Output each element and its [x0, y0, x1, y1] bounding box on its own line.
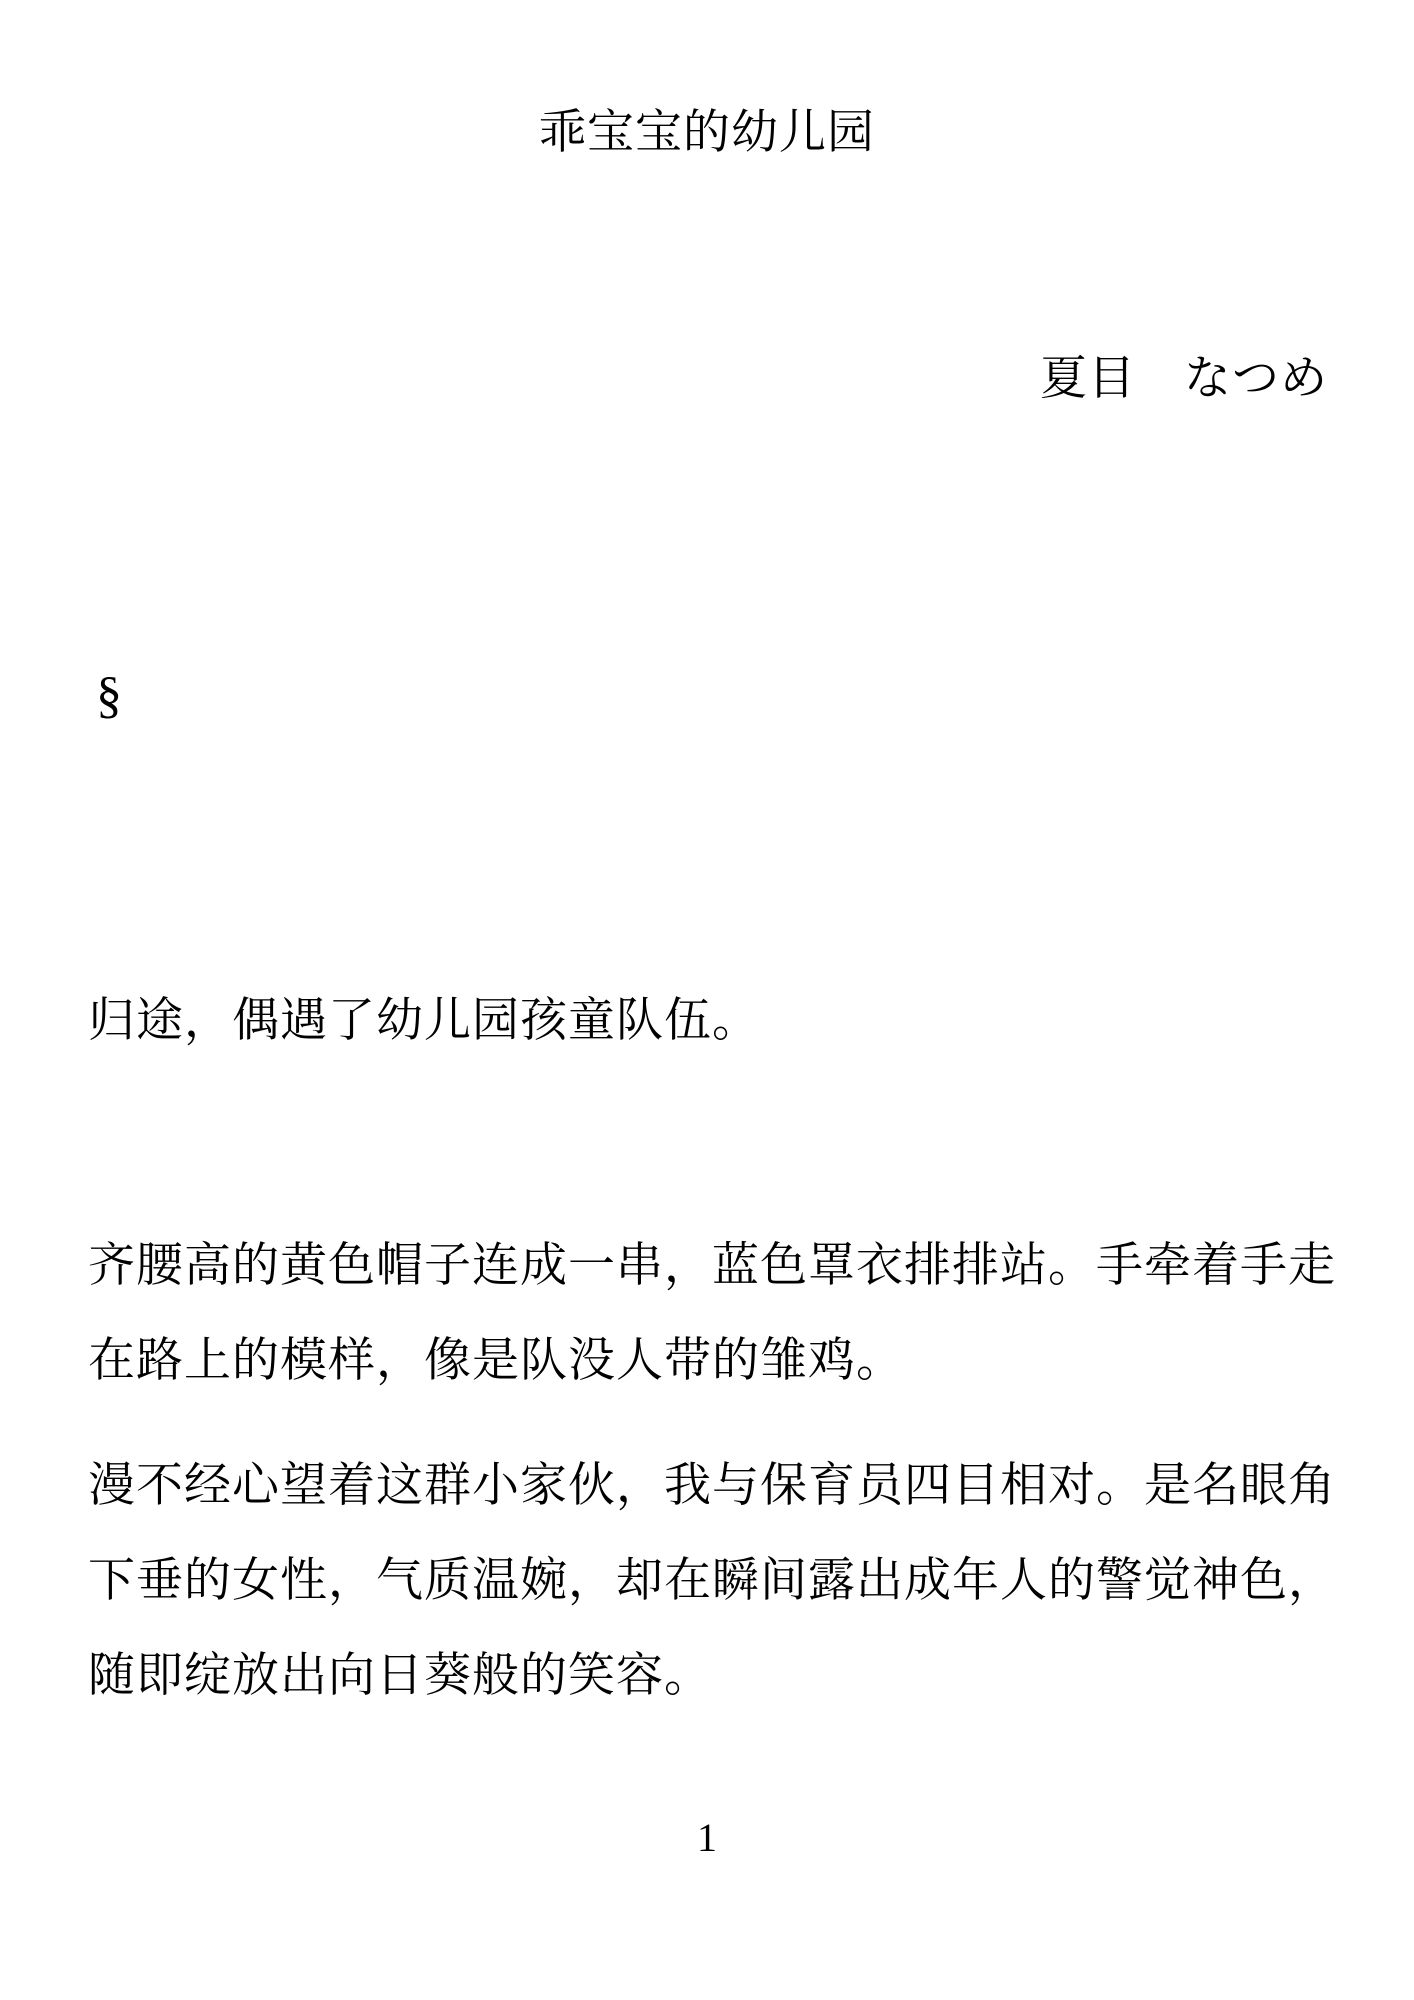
paragraph-line: 漫不经心望着这群小家伙，我与保育员四目相对。是名眼角	[88, 1439, 1354, 1534]
paragraph-line: 下垂的女性，气质温婉，却在瞬间露出成年人的警觉神色，	[88, 1534, 1354, 1629]
paragraph-2: 齐腰高的黄色帽子连成一串，蓝色罩衣排排站。手牵着手走 在路上的模样，像是队没人带…	[88, 1219, 1354, 1409]
paragraph-1: 归途，偶遇了幼儿园孩童队伍。	[88, 974, 1354, 1069]
paragraph-line: 齐腰高的黄色帽子连成一串，蓝色罩衣排排站。手牵着手走	[88, 1219, 1354, 1314]
paragraph-line: 归途，偶遇了幼儿园孩童队伍。	[88, 974, 1354, 1069]
author-name: 夏目 なつめ	[0, 332, 1414, 427]
section-break-mark: §	[96, 648, 123, 743]
paragraph-line: 随即绽放出向日葵般的笑容。	[88, 1629, 1354, 1724]
paragraph-3: 漫不经心望着这群小家伙，我与保育员四目相对。是名眼角 下垂的女性，气质温婉，却在…	[88, 1439, 1354, 1724]
document-page: 乖宝宝的幼儿园 夏目 なつめ § 归途，偶遇了幼儿园孩童队伍。 齐腰高的黄色帽子…	[0, 0, 1414, 2000]
document-title: 乖宝宝的幼儿园	[0, 86, 1414, 181]
paragraph-line: 在路上的模样，像是队没人带的雏鸡。	[88, 1314, 1354, 1409]
page-number: 1	[0, 1790, 1414, 1885]
